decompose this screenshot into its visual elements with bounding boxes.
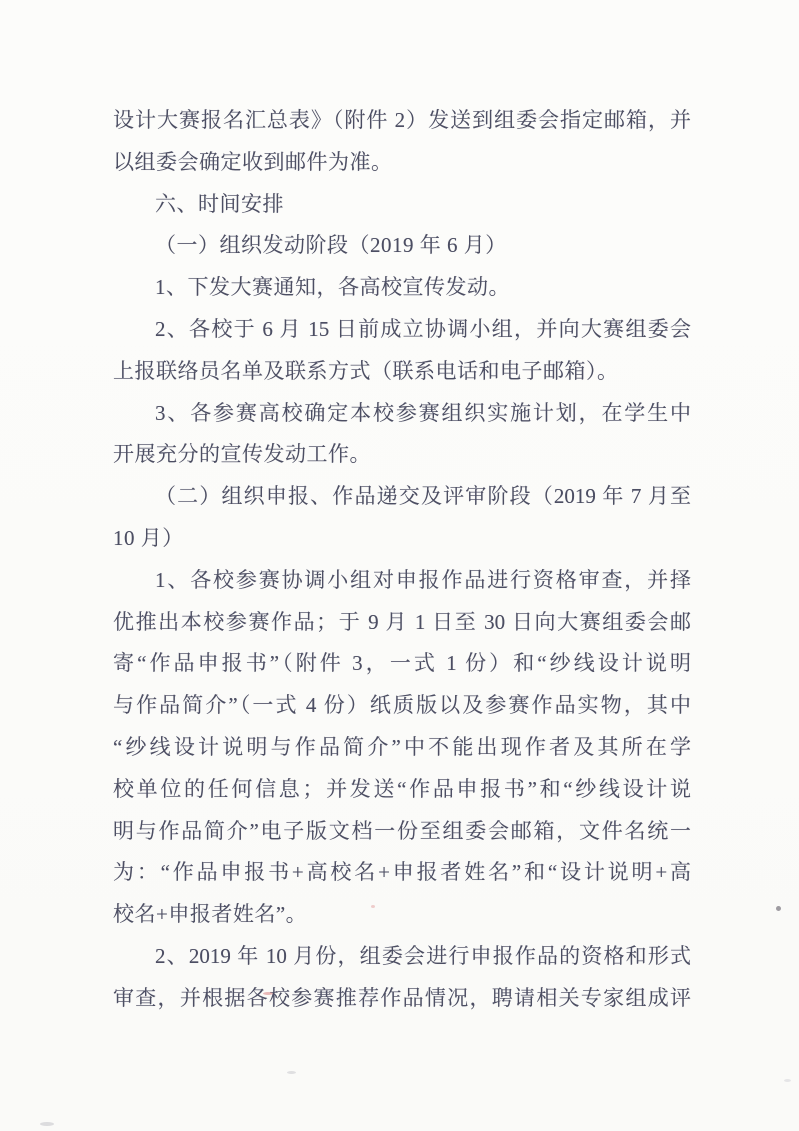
- text-line: “纱线设计说明与作品简介”中不能出现作者及其所在学: [113, 727, 691, 769]
- text-line: 优推出本校参赛作品；于 9 月 1 日至 30 日向大赛组委会邮: [113, 602, 691, 644]
- text-line: 为：“作品申报书+高校名+申报者姓名”和“设计说明+高: [113, 852, 691, 894]
- text-line: 与作品简介”（一式 4 份）纸质版以及参赛作品实物，其中: [113, 685, 691, 727]
- text-line: （二）组织申报、作品递交及评审阶段（2019 年 7 月至: [113, 476, 691, 518]
- document-text: 设计大赛报名汇总表》（附件 2）发送到组委会指定邮箱，并以组委会确定收到邮件为准…: [113, 100, 691, 1020]
- speck-gray-dash: [287, 1071, 296, 1074]
- text-line: 设计大赛报名汇总表》（附件 2）发送到组委会指定邮箱，并: [113, 100, 691, 142]
- text-line: 3、各参赛高校确定本校参赛组织实施计划，在学生中: [113, 393, 691, 435]
- text-line: 六、时间安排: [113, 184, 691, 226]
- text-line: 审查，并根据各校参赛推荐作品情况，聘请相关专家组成评: [113, 978, 691, 1020]
- text-line: 校单位的任何信息；并发送“作品申报书”和“纱线设计说: [113, 769, 691, 811]
- document-page: 设计大赛报名汇总表》（附件 2）发送到组委会指定邮箱，并以组委会确定收到邮件为准…: [0, 0, 799, 1131]
- text-line: 寄“作品申报书”（附件 3，一式 1 份）和“纱线设计说明: [113, 643, 691, 685]
- speck-dark-dot: [776, 906, 781, 911]
- text-line: 以组委会确定收到邮件为准。: [113, 142, 691, 184]
- text-line: 10 月）: [113, 518, 691, 560]
- speck-gray-mark: [40, 1122, 54, 1126]
- text-line: 校名+申报者姓名”。: [113, 894, 691, 936]
- text-line: 1、各校参赛协调小组对申报作品进行资格审查，并择: [113, 560, 691, 602]
- text-line: 1、下发大赛通知，各高校宣传发动。: [113, 267, 691, 309]
- text-line: 开展充分的宣传发动工作。: [113, 434, 691, 476]
- text-line: 上报联络员名单及联系方式（联系电话和电子邮箱）。: [113, 351, 691, 393]
- text-line: （一）组织发动阶段（2019 年 6 月）: [113, 225, 691, 267]
- text-line: 2、各校于 6 月 15 日前成立协调小组，并向大赛组委会: [113, 309, 691, 351]
- text-line: 2、2019 年 10 月份，组委会进行申报作品的资格和形式: [113, 936, 691, 978]
- speck-gray-faint: [784, 1079, 791, 1082]
- text-line: 明与作品简介”电子版文档一份至组委会邮箱，文件名统一: [113, 811, 691, 853]
